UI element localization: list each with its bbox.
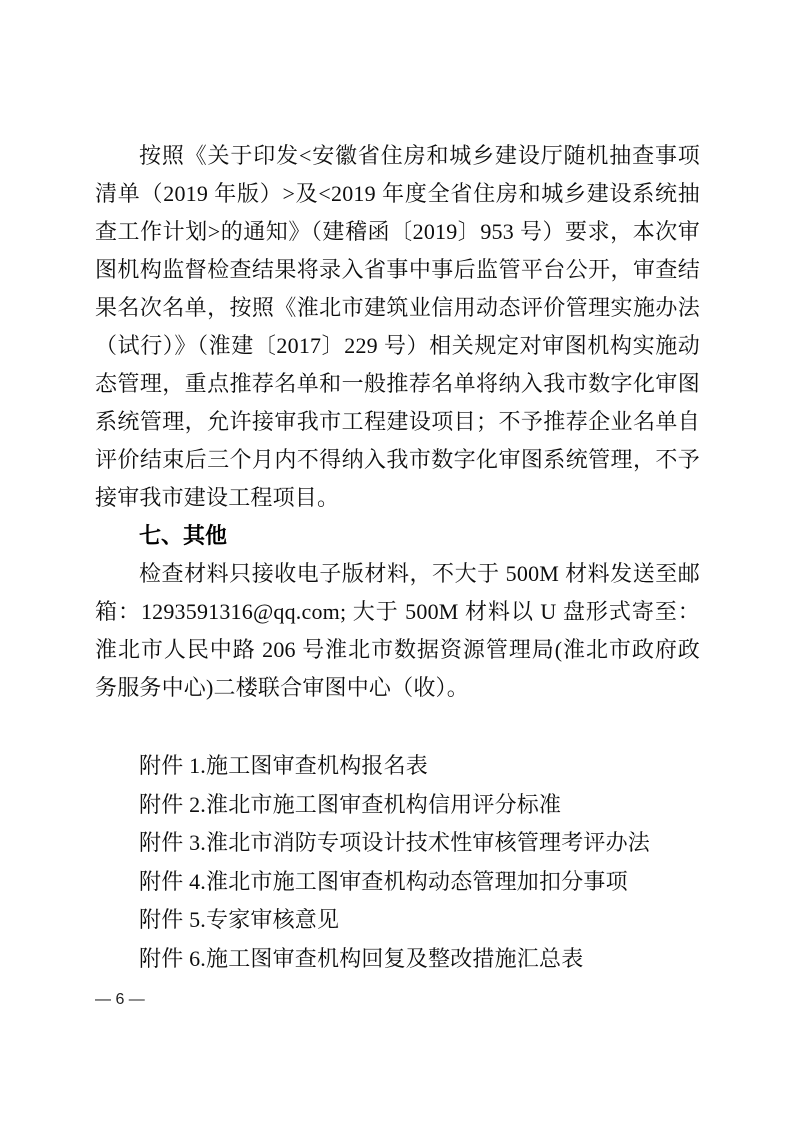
- attachment-item-3: 附件 3.淮北市消防专项设计技术性审核管理考评办法: [139, 824, 700, 863]
- document-body: 按照《关于印发<安徽省住房和城乡建设厅随机抽查事项清单（2019 年版）>及<2…: [95, 137, 700, 978]
- page-number: — 6 —: [95, 990, 145, 1010]
- attachment-list: 附件 1.施工图审查机构报名表 附件 2.淮北市施工图审查机构信用评分标准 附件…: [95, 747, 700, 978]
- attachment-item-6: 附件 6.施工图审查机构回复及整改措施汇总表: [139, 940, 700, 979]
- attachment-item-5: 附件 5.专家审核意见: [139, 901, 700, 940]
- attachment-item-2: 附件 2.淮北市施工图审查机构信用评分标准: [139, 786, 700, 825]
- paragraph-material-submission: 检查材料只接收电子版材料，不大于 500M 材料发送至邮箱：1293591316…: [95, 555, 700, 707]
- document-page: 按照《关于印发<安徽省住房和城乡建设厅随机抽查事项清单（2019 年版）>及<2…: [0, 0, 793, 1122]
- attachment-item-4: 附件 4.淮北市施工图审查机构动态管理加扣分事项: [139, 863, 700, 902]
- attachment-item-1: 附件 1.施工图审查机构报名表: [139, 747, 700, 786]
- section-heading-other: 七、其他: [95, 517, 700, 555]
- paragraph-inspection-policy: 按照《关于印发<安徽省住房和城乡建设厅随机抽查事项清单（2019 年版）>及<2…: [95, 137, 700, 517]
